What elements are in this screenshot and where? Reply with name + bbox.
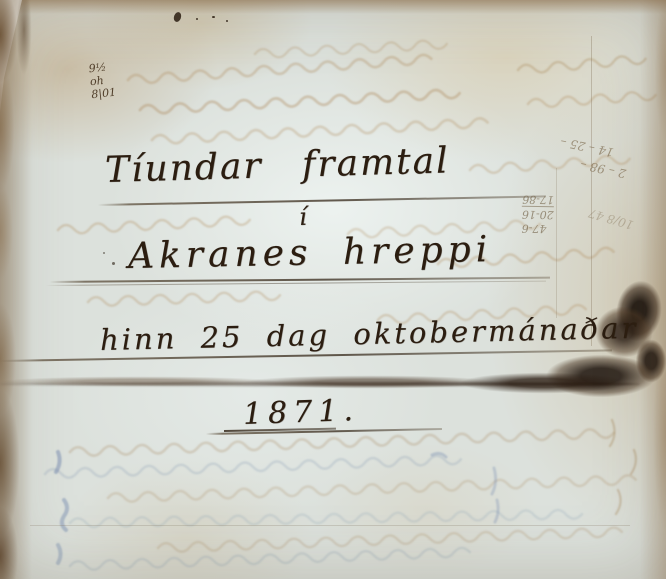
- marginalia-line: 47-6: [522, 221, 554, 236]
- ghost-stroke: [70, 548, 470, 571]
- ghost-stroke: [518, 54, 646, 74]
- marginalia-line: 8|01: [91, 86, 117, 102]
- ghost-stroke: [610, 420, 636, 514]
- marginalia-top-left: 9½ oh 8|01: [88, 60, 117, 101]
- ink-smudge-blue: [56, 452, 60, 472]
- fold-line: [591, 36, 592, 346]
- ghost-stroke: [128, 54, 432, 84]
- left-torn-edge: [0, 0, 32, 579]
- ink-smudge-blue: [58, 545, 61, 563]
- marginalia-right-sum: 47-6 20-16 17-86: [522, 192, 554, 236]
- ink-speck: [212, 16, 215, 18]
- preposition-line: í: [299, 203, 308, 231]
- ghost-stroke: [88, 291, 280, 307]
- ghost-stroke: [158, 527, 622, 552]
- top-edge-stain: [0, 0, 666, 14]
- ink-speck: [103, 252, 105, 254]
- ink-speck: [226, 20, 228, 22]
- ghost-stroke: [45, 455, 461, 479]
- fold-line: [556, 168, 557, 318]
- crease-line: [30, 525, 630, 526]
- place-line: Akranes hreppi: [128, 229, 493, 277]
- marginalia-line: 20-16: [522, 207, 554, 222]
- ghost-stroke: [108, 475, 636, 502]
- ghost-stroke: [70, 429, 614, 457]
- year-line: 1871.: [242, 393, 359, 432]
- marginalia-line: 17-86: [522, 192, 554, 208]
- ink-speck: [196, 18, 198, 20]
- ghost-stroke: [140, 89, 460, 115]
- crease-stain-band: [0, 382, 640, 386]
- ink-smudge-blue: [492, 468, 498, 522]
- manuscript-page: Tíundar framtal í Akranes hreppi hinn 25…: [0, 0, 666, 579]
- ink-speck: [112, 262, 115, 265]
- ghost-stroke: [58, 215, 250, 234]
